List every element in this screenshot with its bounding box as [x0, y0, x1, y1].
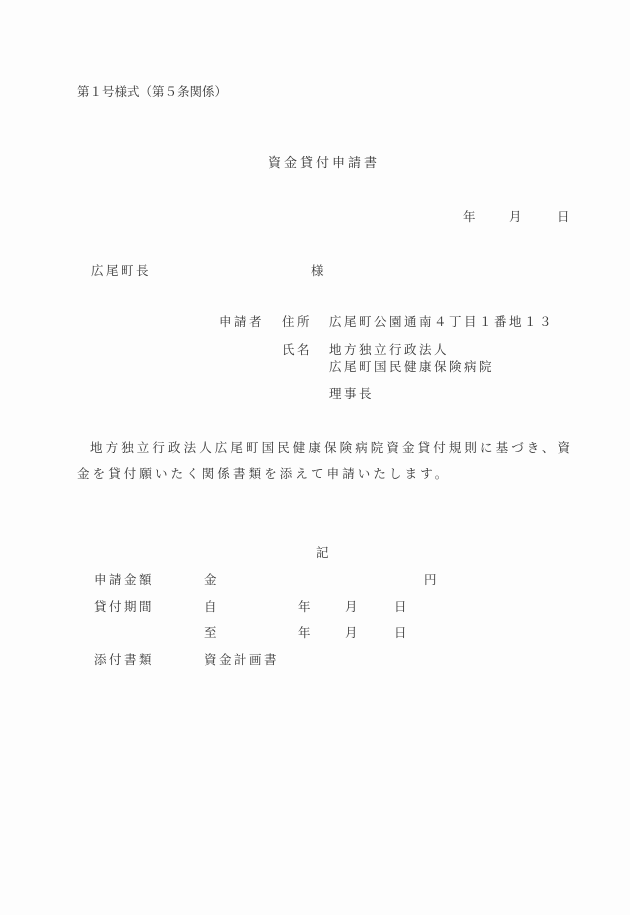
form-number: 第１号様式（第５条関係） [77, 82, 227, 100]
attachments-value: 資金計画書 [204, 650, 279, 668]
date-day-label: 日 [557, 207, 570, 225]
applicant-title: 理事長 [329, 384, 374, 402]
name-label: 氏名 [282, 340, 312, 358]
period-from-label: 自 [204, 597, 217, 615]
applicant-name-line-1: 地方独立行政法人 [329, 340, 449, 358]
period-from-month: 月 [345, 597, 358, 615]
period-to-month: 月 [345, 623, 358, 641]
applicant-label: 申請者 [219, 312, 264, 330]
period-to-day: 日 [394, 623, 407, 641]
amount-prefix: 金 [204, 570, 217, 588]
address-value: 広尾町公園通南４丁目１番地１３ [329, 312, 554, 330]
attachments-label: 添付書類 [94, 650, 154, 668]
date-year-label: 年 [463, 207, 476, 225]
period-from-day: 日 [394, 597, 407, 615]
period-from-year: 年 [298, 597, 311, 615]
recipient-name: 広尾町長 [91, 261, 151, 279]
period-to-year: 年 [298, 623, 311, 641]
recipient-honorific: 様 [311, 261, 324, 279]
period-to-label: 至 [204, 623, 217, 641]
application-statement: 地方独立行政法人広尾町国民健康保険病院資金貸付規則に基づき、資金を貸付願いたく関… [77, 435, 577, 487]
address-label: 住所 [282, 312, 312, 330]
date-month-label: 月 [509, 207, 522, 225]
record-heading: 記 [316, 543, 329, 561]
amount-label: 申請金額 [94, 570, 154, 588]
period-label: 貸付期間 [94, 597, 154, 615]
amount-suffix: 円 [424, 570, 437, 588]
document-title: 資金貸付申請書 [268, 152, 380, 171]
applicant-name-line-2: 広尾町国民健康保険病院 [329, 357, 494, 375]
